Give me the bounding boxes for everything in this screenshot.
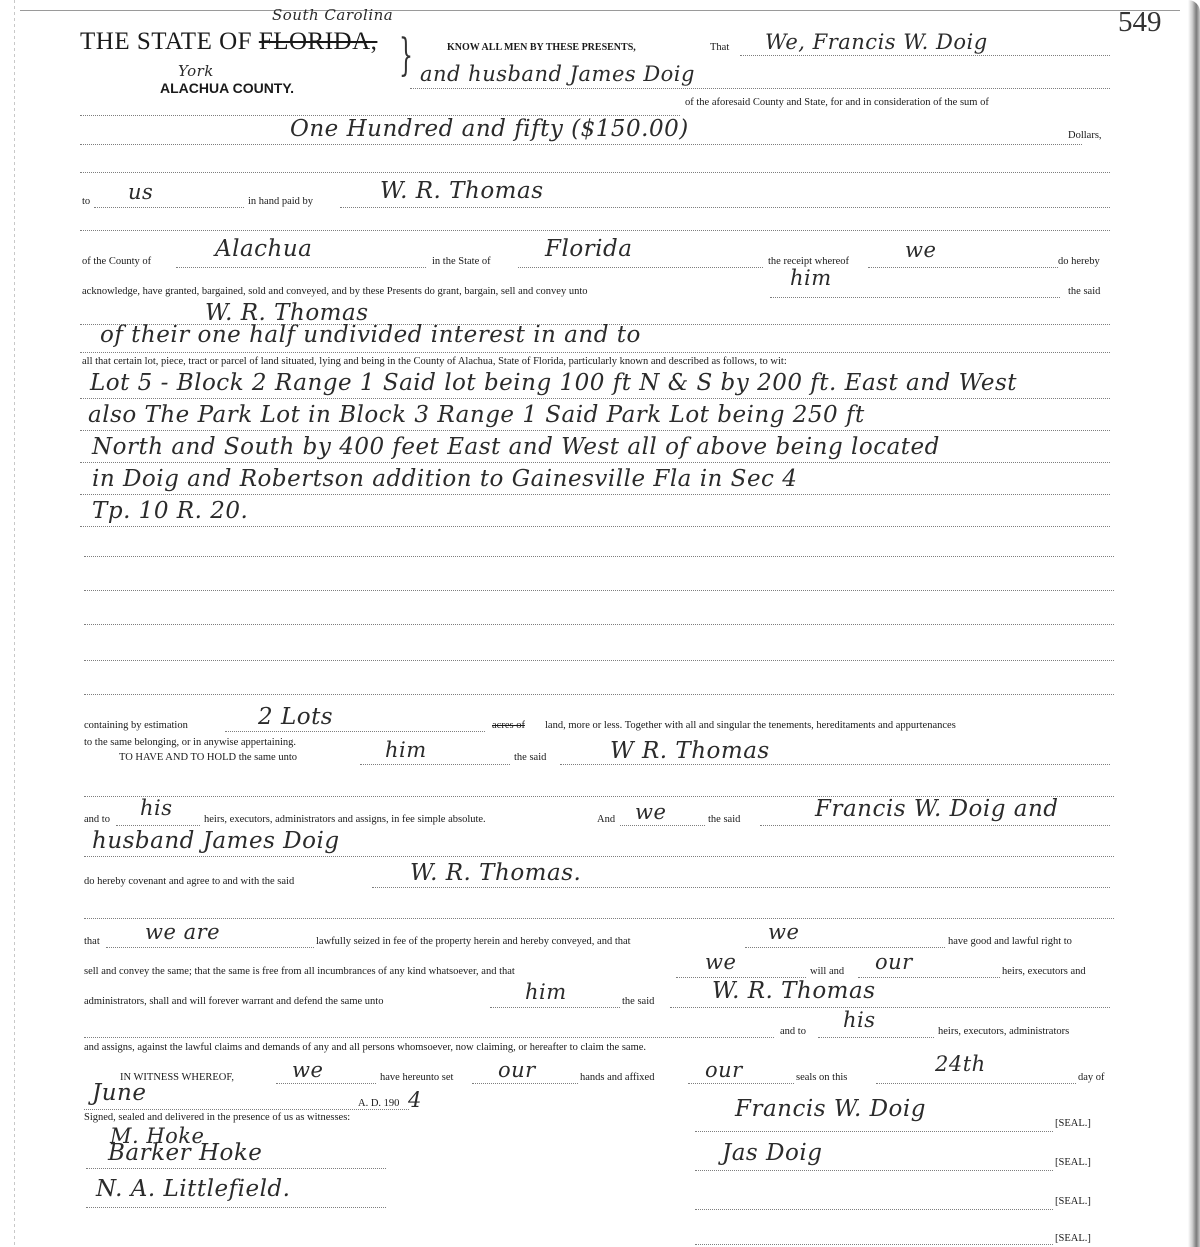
signature-line-1 — [695, 1131, 1053, 1132]
covenant-line — [372, 887, 1110, 888]
unto-line — [770, 297, 1060, 298]
page-number: 549 — [1118, 6, 1162, 39]
signature-line-2 — [695, 1170, 1053, 1171]
grantor-name-2: and husband James Doig — [420, 62, 695, 86]
land-intro: all that certain lot, piece, tract or pa… — [82, 356, 787, 367]
habendum-unto-value: him — [385, 738, 427, 762]
witness-we-line — [276, 1083, 376, 1084]
will-and-label: will and — [810, 966, 844, 977]
county-line — [176, 267, 426, 268]
heirs-exec-label: heirs, executors and — [1002, 966, 1086, 977]
consideration-label: of the aforesaid County and State, for a… — [685, 97, 989, 108]
and-label: And — [597, 814, 615, 825]
we-value: we — [635, 800, 666, 824]
his-value: his — [140, 796, 173, 820]
interest-line — [80, 352, 1110, 353]
witness-our-line — [472, 1083, 578, 1084]
page-edge-shadow — [1188, 0, 1200, 1247]
seal-label-3: [SEAL.] — [1055, 1196, 1091, 1207]
signature-line-3 — [695, 1209, 1053, 1210]
blank-line — [80, 230, 1110, 231]
signature-1: Francis W. Doig — [735, 1096, 926, 1122]
paid-by-line — [340, 207, 1110, 208]
blank-line — [84, 590, 1114, 591]
state-value: Florida — [545, 236, 632, 262]
grantors-value-2: husband James Doig — [92, 828, 340, 854]
grantor-name-1: We, Francis W. Doig — [765, 30, 988, 54]
seizin-line-2: sell and convey the same; that the same … — [84, 966, 515, 977]
habendum-unto-line — [360, 764, 510, 765]
seal-label-1: [SEAL.] — [1055, 1118, 1091, 1129]
we-are-line — [106, 947, 314, 948]
legal-description-line-2: also The Park Lot in Block 3 Range 1 Sai… — [88, 402, 865, 428]
amount-words: One Hundred and fifty ($150.00) — [290, 116, 689, 142]
description-line — [80, 526, 1110, 527]
witness-line-1 — [86, 1168, 386, 1169]
to-value: us — [128, 180, 153, 204]
that-label: That — [710, 42, 729, 53]
heirs-admin-label: heirs, executors, administrators — [938, 1026, 1069, 1037]
habendum-label: TO HAVE AND TO HOLD the same unto — [119, 752, 297, 763]
estimation-rest: land, more or less. Together with all an… — [545, 720, 956, 731]
we-line — [620, 825, 705, 826]
witness-we-value: we — [292, 1058, 323, 1082]
blank-line — [80, 172, 1110, 173]
seizin-line-3: administrators, shall and will forever w… — [84, 996, 383, 1007]
habendum-the-said: the said — [514, 752, 546, 763]
state-prefix: THE STATE OF — [80, 28, 252, 55]
seizin-his-value: his — [843, 1008, 876, 1032]
legal-description-line-3: North and South by 400 feet East and Wes… — [92, 434, 940, 460]
habendum-name-line — [560, 764, 1110, 765]
blank-line — [84, 624, 1114, 625]
signature-line-4 — [695, 1244, 1053, 1245]
grantors-line — [760, 825, 1110, 826]
have-set-label: have hereunto set — [380, 1072, 453, 1083]
ad-label: A. D. 190 — [358, 1098, 399, 1109]
estimation-label: containing by estimation — [84, 720, 188, 731]
seizin-text-2: have good and lawful right to — [948, 936, 1072, 947]
seals-on-label: seals on this — [796, 1072, 847, 1083]
blank-line — [84, 660, 1114, 661]
month-line — [84, 1109, 409, 1110]
our-value: our — [875, 950, 913, 974]
brace-glyph: } — [399, 30, 413, 81]
state-handwritten: South Carolina — [272, 6, 393, 24]
county-heading: ALACHUA COUNTY. — [160, 80, 294, 96]
unto-value: him — [790, 266, 832, 290]
receipt-line — [868, 267, 1058, 268]
do-hereby: do hereby — [1058, 256, 1100, 267]
paid-by-value: W. R. Thomas — [380, 178, 544, 204]
month-value: June — [92, 1080, 146, 1106]
know-all-men: KNOW ALL MEN BY THESE PRESENTS, — [447, 42, 636, 53]
interest-text: of their one half undivided interest in … — [100, 322, 641, 348]
hands-affixed-label: hands and affixed — [580, 1072, 654, 1083]
acres-struck: acres of — [492, 720, 525, 731]
covenant-label: do hereby covenant and agree to and with… — [84, 876, 294, 887]
seizin-his-line — [818, 1037, 934, 1038]
state-printed-struck: FLORIDA, — [259, 28, 378, 55]
state-of-label: in the State of — [432, 256, 491, 267]
grantors-value-1: Francis W. Doig and — [815, 796, 1059, 822]
seizin-the-said: the said — [622, 996, 654, 1007]
seizin-text-1: lawfully seized in fee of the property h… — [316, 936, 631, 947]
covenant-value: W. R. Thomas. — [410, 860, 581, 886]
heirs-the-said: the said — [708, 814, 740, 825]
and-to-label: and to — [84, 814, 110, 825]
signed-label: Signed, sealed and delivered in the pres… — [84, 1112, 350, 1123]
seizin-and-to: and to — [780, 1026, 806, 1037]
seizin-name-line — [670, 1007, 1110, 1008]
amount-line — [80, 144, 1082, 145]
habendum-name: W R. Thomas — [610, 738, 770, 764]
seizin-we-line — [745, 947, 945, 948]
heirs-text: heirs, executors, administrators and ass… — [204, 814, 486, 825]
his-line — [116, 825, 200, 826]
seizin-him-value: him — [525, 980, 567, 1004]
to-label: to — [82, 196, 90, 207]
day-of-label: day of — [1078, 1072, 1105, 1083]
estimation-value: 2 Lots — [258, 704, 333, 730]
seizin-line-5: and assigns, against the lawful claims a… — [84, 1042, 646, 1053]
day-line — [876, 1083, 1076, 1084]
state-heading: THE STATE OF FLORIDA, — [80, 28, 377, 56]
deed-page: 549 THE STATE OF FLORIDA, South Carolina… — [0, 0, 1200, 1247]
blank-line — [84, 1037, 774, 1038]
dollars-label: Dollars, — [1068, 130, 1102, 141]
blank-line — [84, 694, 1114, 695]
witness-3: N. A. Littlefield. — [96, 1176, 290, 1202]
seizin-we-value: we — [768, 920, 799, 944]
witness-2: Barker Hoke — [108, 1140, 262, 1166]
year-digit: 4 — [408, 1088, 422, 1112]
description-line — [80, 430, 1110, 431]
grantors-line-2 — [84, 856, 1114, 857]
seal-label-4: [SEAL.] — [1055, 1233, 1091, 1244]
legal-description-line-5: Tp. 10 R. 20. — [92, 498, 248, 524]
county-handwritten: York — [178, 62, 214, 80]
seizin-name: W. R. Thomas — [712, 978, 876, 1004]
witness-our-value: our — [498, 1058, 536, 1082]
seizin-we2-value: we — [705, 950, 736, 974]
receipt-value: we — [905, 238, 936, 262]
conveyance-text: acknowledge, have granted, bargained, so… — [82, 286, 588, 297]
witness-our2-value: our — [705, 1058, 743, 1082]
signature-2: Jas Doig — [722, 1140, 822, 1166]
appertaining-line: to the same belonging, or in anywise app… — [84, 737, 296, 748]
legal-description-line-1: Lot 5 - Block 2 Range 1 Said lot being 1… — [90, 370, 1017, 396]
county-value: Alachua — [215, 236, 312, 262]
blank-line — [84, 556, 1114, 557]
grantor-line-1 — [740, 55, 1110, 56]
we-are-value: we are — [145, 920, 220, 944]
paid-by-label: in hand paid by — [248, 196, 313, 207]
to-line — [94, 207, 244, 208]
seizin-him-line — [490, 1007, 620, 1008]
county-of-label: of the County of — [82, 256, 151, 267]
day-value: 24th — [935, 1052, 986, 1076]
witness-our2-line — [688, 1083, 794, 1084]
description-line — [80, 462, 1110, 463]
that-label: that — [84, 936, 100, 947]
seal-label-2: [SEAL.] — [1055, 1157, 1091, 1168]
state-line — [518, 267, 763, 268]
top-border-rule — [20, 10, 1180, 11]
description-line — [80, 398, 1110, 399]
description-line — [80, 494, 1110, 495]
grantor-line-2 — [410, 88, 1110, 89]
estimation-line — [225, 731, 485, 732]
county-printed: ALACHUA COUNTY. — [160, 80, 294, 96]
witness-line-2 — [86, 1207, 386, 1208]
blank-line — [84, 918, 1114, 919]
our-line — [858, 977, 1000, 978]
the-said-label: the said — [1068, 286, 1100, 297]
legal-description-line-4: in Doig and Robertson addition to Gaines… — [92, 466, 797, 492]
left-margin-rule — [14, 0, 15, 1247]
